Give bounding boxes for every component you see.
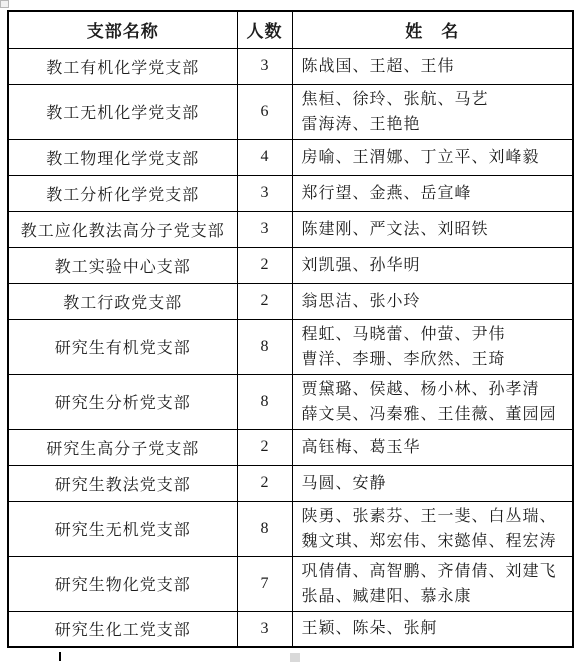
name-line: 曹洋、李珊、李欣然、王琦 [302,347,573,372]
branch-name-cell: 教工应化教法高分子党支部 [8,211,237,247]
member-names-cell: 陕勇、张素芬、王一斐、白丛瑞、魏文琪、郑宏伟、宋懿倬、程宏涛 [292,501,573,556]
name-line: 刘凯强、孙华明 [302,253,573,278]
table-row: 教工分析化学党支部3郑行望、金燕、岳宣峰 [8,175,573,211]
member-names-cell: 贾黛璐、侯越、杨小林、孙孝清薛文昊、冯秦雅、王佳薇、董园园 [292,374,573,429]
member-count-cell: 3 [237,211,292,247]
branch-name-cell: 研究生化工党支部 [8,611,237,647]
table-row: 研究生高分子党支部2高钰梅、葛玉华 [8,429,573,465]
member-count-cell: 2 [237,247,292,283]
member-count-cell: 2 [237,429,292,465]
member-count-cell: 8 [237,319,292,374]
branch-name-cell: 研究生高分子党支部 [8,429,237,465]
branch-name-cell: 研究生无机党支部 [8,501,237,556]
member-count-cell: 3 [237,48,292,84]
table-move-handle-partial [0,0,9,8]
name-line: 陈建刚、严文法、刘昭铁 [302,217,573,242]
table-row: 研究生有机党支部8程虹、马晓蕾、仲萤、尹伟曹洋、李珊、李欣然、王琦 [8,319,573,374]
table-row: 教工应化教法高分子党支部3陈建刚、严文法、刘昭铁 [8,211,573,247]
name-line: 马圆、安静 [302,471,573,496]
branch-name-cell: 研究生有机党支部 [8,319,237,374]
branch-name-cell: 教工行政党支部 [8,283,237,319]
member-names-cell: 房喻、王渭娜、丁立平、刘峰毅 [292,139,573,175]
member-count-cell: 8 [237,374,292,429]
table-row: 教工实验中心支部2刘凯强、孙华明 [8,247,573,283]
branch-name-cell: 研究生物化党支部 [8,556,237,611]
member-names-cell: 高钰梅、葛玉华 [292,429,573,465]
name-line: 贾黛璐、侯越、杨小林、孙孝清 [302,377,573,402]
member-names-cell: 陈战国、王超、王伟 [292,48,573,84]
name-line: 陕勇、张素芬、王一斐、白丛瑞、 [302,504,573,529]
header-branch-name: 支部名称 [8,11,237,48]
member-names-cell: 刘凯强、孙华明 [292,247,573,283]
member-count-cell: 6 [237,84,292,139]
member-count-cell: 7 [237,556,292,611]
name-line: 陈战国、王超、王伟 [302,54,573,79]
grey-block-artifact [290,653,300,662]
branch-roster-table: 支部名称 人数 姓 名 教工有机化学党支部3陈战国、王超、王伟教工无机化学党支部… [7,10,574,648]
text-cursor-artifact [59,652,61,661]
member-count-cell: 8 [237,501,292,556]
name-line: 魏文琪、郑宏伟、宋懿倬、程宏涛 [302,529,573,554]
table-header-row: 支部名称 人数 姓 名 [8,11,573,48]
name-line: 高钰梅、葛玉华 [302,435,573,460]
header-names: 姓 名 [292,11,573,48]
table-row: 研究生分析党支部8贾黛璐、侯越、杨小林、孙孝清薛文昊、冯秦雅、王佳薇、董园园 [8,374,573,429]
table-row: 研究生无机党支部8陕勇、张素芬、王一斐、白丛瑞、魏文琪、郑宏伟、宋懿倬、程宏涛 [8,501,573,556]
name-line: 翁思洁、张小玲 [302,289,573,314]
member-names-cell: 程虹、马晓蕾、仲萤、尹伟曹洋、李珊、李欣然、王琦 [292,319,573,374]
table-row: 教工物理化学党支部4房喻、王渭娜、丁立平、刘峰毅 [8,139,573,175]
table-row: 研究生教法党支部2马圆、安静 [8,465,573,501]
member-names-cell: 焦桓、徐玲、张航、马艺雷海涛、王艳艳 [292,84,573,139]
table-row: 研究生化工党支部3王颖、陈朵、张舸 [8,611,573,647]
member-count-cell: 4 [237,139,292,175]
branch-name-cell: 教工实验中心支部 [8,247,237,283]
member-count-cell: 2 [237,283,292,319]
name-line: 郑行望、金燕、岳宣峰 [302,181,573,206]
table-row: 教工有机化学党支部3陈战国、王超、王伟 [8,48,573,84]
document-page: 支部名称 人数 姓 名 教工有机化学党支部3陈战国、王超、王伟教工无机化学党支部… [0,0,580,662]
branch-name-cell: 教工分析化学党支部 [8,175,237,211]
name-line: 程虹、马晓蕾、仲萤、尹伟 [302,322,573,347]
name-line: 巩倩倩、高智鹏、齐倩倩、刘建飞 [302,559,573,584]
name-line: 薛文昊、冯秦雅、王佳薇、董园园 [302,402,573,427]
header-count: 人数 [237,11,292,48]
name-line: 焦桓、徐玲、张航、马艺 [302,87,573,112]
name-line: 王颖、陈朵、张舸 [302,616,573,641]
table-row: 教工无机化学党支部6焦桓、徐玲、张航、马艺雷海涛、王艳艳 [8,84,573,139]
branch-name-cell: 教工物理化学党支部 [8,139,237,175]
member-names-cell: 陈建刚、严文法、刘昭铁 [292,211,573,247]
name-line: 房喻、王渭娜、丁立平、刘峰毅 [302,145,573,170]
branch-name-cell: 研究生分析党支部 [8,374,237,429]
member-count-cell: 3 [237,175,292,211]
member-names-cell: 翁思洁、张小玲 [292,283,573,319]
branch-name-cell: 教工有机化学党支部 [8,48,237,84]
name-line: 张晶、臧建阳、慕永康 [302,584,573,609]
member-count-cell: 2 [237,465,292,501]
table-row: 教工行政党支部2翁思洁、张小玲 [8,283,573,319]
member-count-cell: 3 [237,611,292,647]
branch-name-cell: 研究生教法党支部 [8,465,237,501]
branch-name-cell: 教工无机化学党支部 [8,84,237,139]
name-line: 雷海涛、王艳艳 [302,112,573,137]
member-names-cell: 王颖、陈朵、张舸 [292,611,573,647]
member-names-cell: 郑行望、金燕、岳宣峰 [292,175,573,211]
member-names-cell: 巩倩倩、高智鹏、齐倩倩、刘建飞张晶、臧建阳、慕永康 [292,556,573,611]
member-names-cell: 马圆、安静 [292,465,573,501]
table-row: 研究生物化党支部7巩倩倩、高智鹏、齐倩倩、刘建飞张晶、臧建阳、慕永康 [8,556,573,611]
table-body: 教工有机化学党支部3陈战国、王超、王伟教工无机化学党支部6焦桓、徐玲、张航、马艺… [8,48,573,647]
